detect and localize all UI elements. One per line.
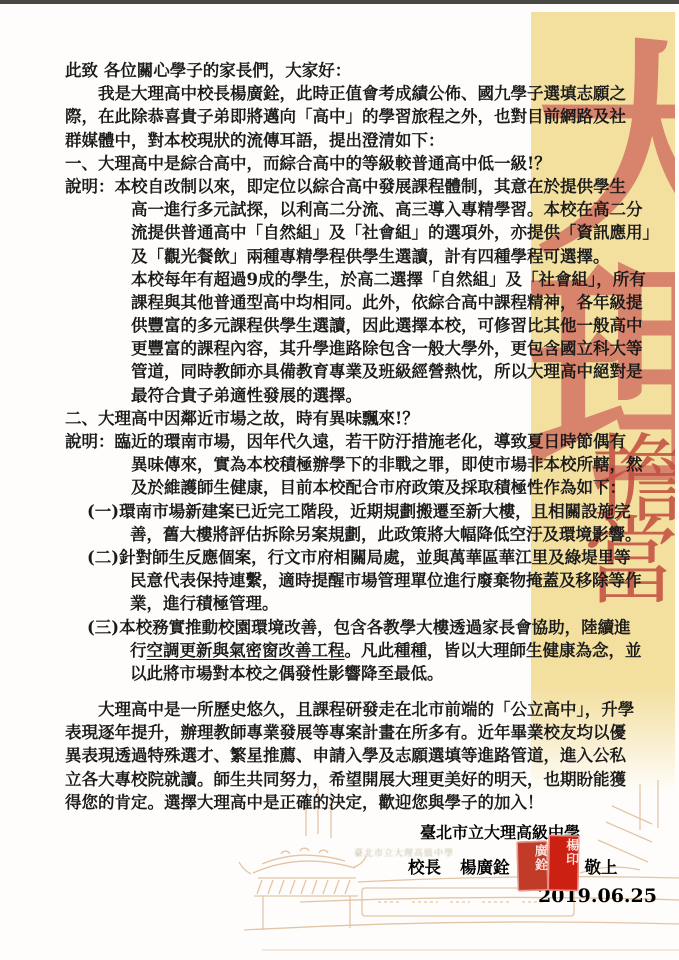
letter-line: 課程與其他普通型高中均相同。此外，依綜合高中課程精神，各年級提 xyxy=(65,291,659,314)
letter-line: 說明：本校自改制以來，即定位以綜合高中發展課程體制，其意在於提供學生 xyxy=(65,175,659,198)
letter-line: (三)本校務實推動校園環境改善，包含各教學大樓透過家長會協助，陸續進 xyxy=(65,616,659,639)
letter-line: 一、大理高中是綜合高中，而綜合高中的等級較普通高中低一級!？ xyxy=(65,152,659,175)
letter-line: 立各大專校院就讀。師生共同努力，希望開展大理更美好的明天，也期盼能獲 xyxy=(65,768,659,791)
letter-blank-line xyxy=(65,685,659,698)
letter-line: 善，舊大樓將評估拆除另案規劃，此政策將大幅降低空汙及環境影響。 xyxy=(65,523,659,546)
letter-body: 此致 各位關心學子的家長們，大家好：我是大理高中校長楊廣銓，此時正值會考成績公佈… xyxy=(65,59,659,814)
letter-line: 表現逐年提升，辦理教師專業發展等專案計畫在所多有。近年畢業校友均以優 xyxy=(65,721,659,744)
letter-line: 二、大理高中因鄰近市場之故，時有異味飄來!？ xyxy=(65,407,659,430)
letter-line: 更豐富的課程內容，其升學進路除包含一般大學外，更包含國立科大等 xyxy=(65,337,659,360)
scanned-letter-page: 大 理 擔 當 臺北市立大理高級中學 此致 各位關心學子的 xyxy=(0,0,679,960)
signature-name: 楊廣銓 xyxy=(460,854,510,878)
letter-line: 群媒體中，對本校現狀的流傳耳語，提出澄清如下： xyxy=(65,129,659,152)
letter-line: 異味傳來，實為本校積極辦學下的非戰之罪，即使市場非本校所轄，然 xyxy=(65,453,659,476)
letter-line: 本校每年有超過9成的學生，於高二選擇「自然組」及「社會組」，所有 xyxy=(65,268,659,291)
letter-line: 高一進行多元試探，以利高二分流、高三導入專精學習。本校在高二分 xyxy=(65,198,659,221)
letter-line: 以此將市場對本校之偶發性影響降至最低。 xyxy=(65,662,659,685)
letter-line: 民意代表保持連繫，適時提醒市場管理單位進行廢棄物掩蓋及移除等作 xyxy=(65,569,659,592)
letter-line: (二)針對師生反應個案，行文市府相關局處，並與萬華區華江里及綠堤里等 xyxy=(65,546,659,569)
signature-row: 校長 楊廣銓 敬上 xyxy=(408,854,618,878)
letter-line: 此致 各位關心學子的家長們，大家好： xyxy=(65,59,659,82)
signature-title: 校長 xyxy=(408,854,441,878)
letter-line: 我是大理高中校長楊廣銓，此時正值會考成績公佈、國九學子選填志願之 xyxy=(65,82,659,105)
letter-line: 際，在此除恭喜貴子弟即將邁向「高中」的學習旅程之外，也對目前網路及社 xyxy=(65,105,659,128)
letter-line: 大理高中是一所歷史悠久，且課程研發走在北市前端的「公立高中」，升學 xyxy=(65,698,659,721)
underlined-text: 空調更新與氣密窗改善工程 xyxy=(147,641,345,660)
signature-closing: 敬上 xyxy=(585,854,618,878)
letter-line: 及「觀光餐飲」兩種專精學程供學生選讀，計有四種學程可選擇。 xyxy=(65,245,659,268)
letter-line: 流提供普通高中「自然組」及「社會組」的選項外，亦提供「資訊應用」 xyxy=(65,221,659,244)
letter-line: 供豐富的多元課程供學生選讀，因此選擇本校，可修習比其他一般高中 xyxy=(65,314,659,337)
letter-line: 最符合貴子弟適性發展的選擇。 xyxy=(65,384,659,407)
scan-edge-artifact xyxy=(0,0,679,4)
letter-line: (一)環南市場新建案已近完工階段，近期規劃搬遷至新大樓，且相關設施完 xyxy=(65,500,659,523)
letter-line: 業，進行積極管理。 xyxy=(65,592,659,615)
principal-seal-left: 廣銓 xyxy=(516,841,548,892)
letter-line: 行空調更新與氣密窗改善工程。凡此種種，皆以大理師生健康為念，並 xyxy=(65,639,659,662)
letter-line: 異表現透過特殊選才、繁星推薦、申請入學及志願選填等進路管道，進入公私 xyxy=(65,744,659,767)
principal-seal-right: 楊印 xyxy=(548,835,580,892)
letter-line: 得您的肯定。選擇大理高中是正確的決定，歡迎您與學子的加入！ xyxy=(65,791,659,814)
letter-line: 說明：臨近的環南市場，因年代久遠，若干防汙措施老化，導致夏日時節偶有 xyxy=(65,430,659,453)
letter-line: 管道，同時教師亦具備教育專業及班級經營熱忱，所以大理高中絕對是 xyxy=(65,360,659,383)
letter-line: 及於維護師生健康，目前本校配合市府政策及採取積極性作為如下： xyxy=(65,476,659,499)
